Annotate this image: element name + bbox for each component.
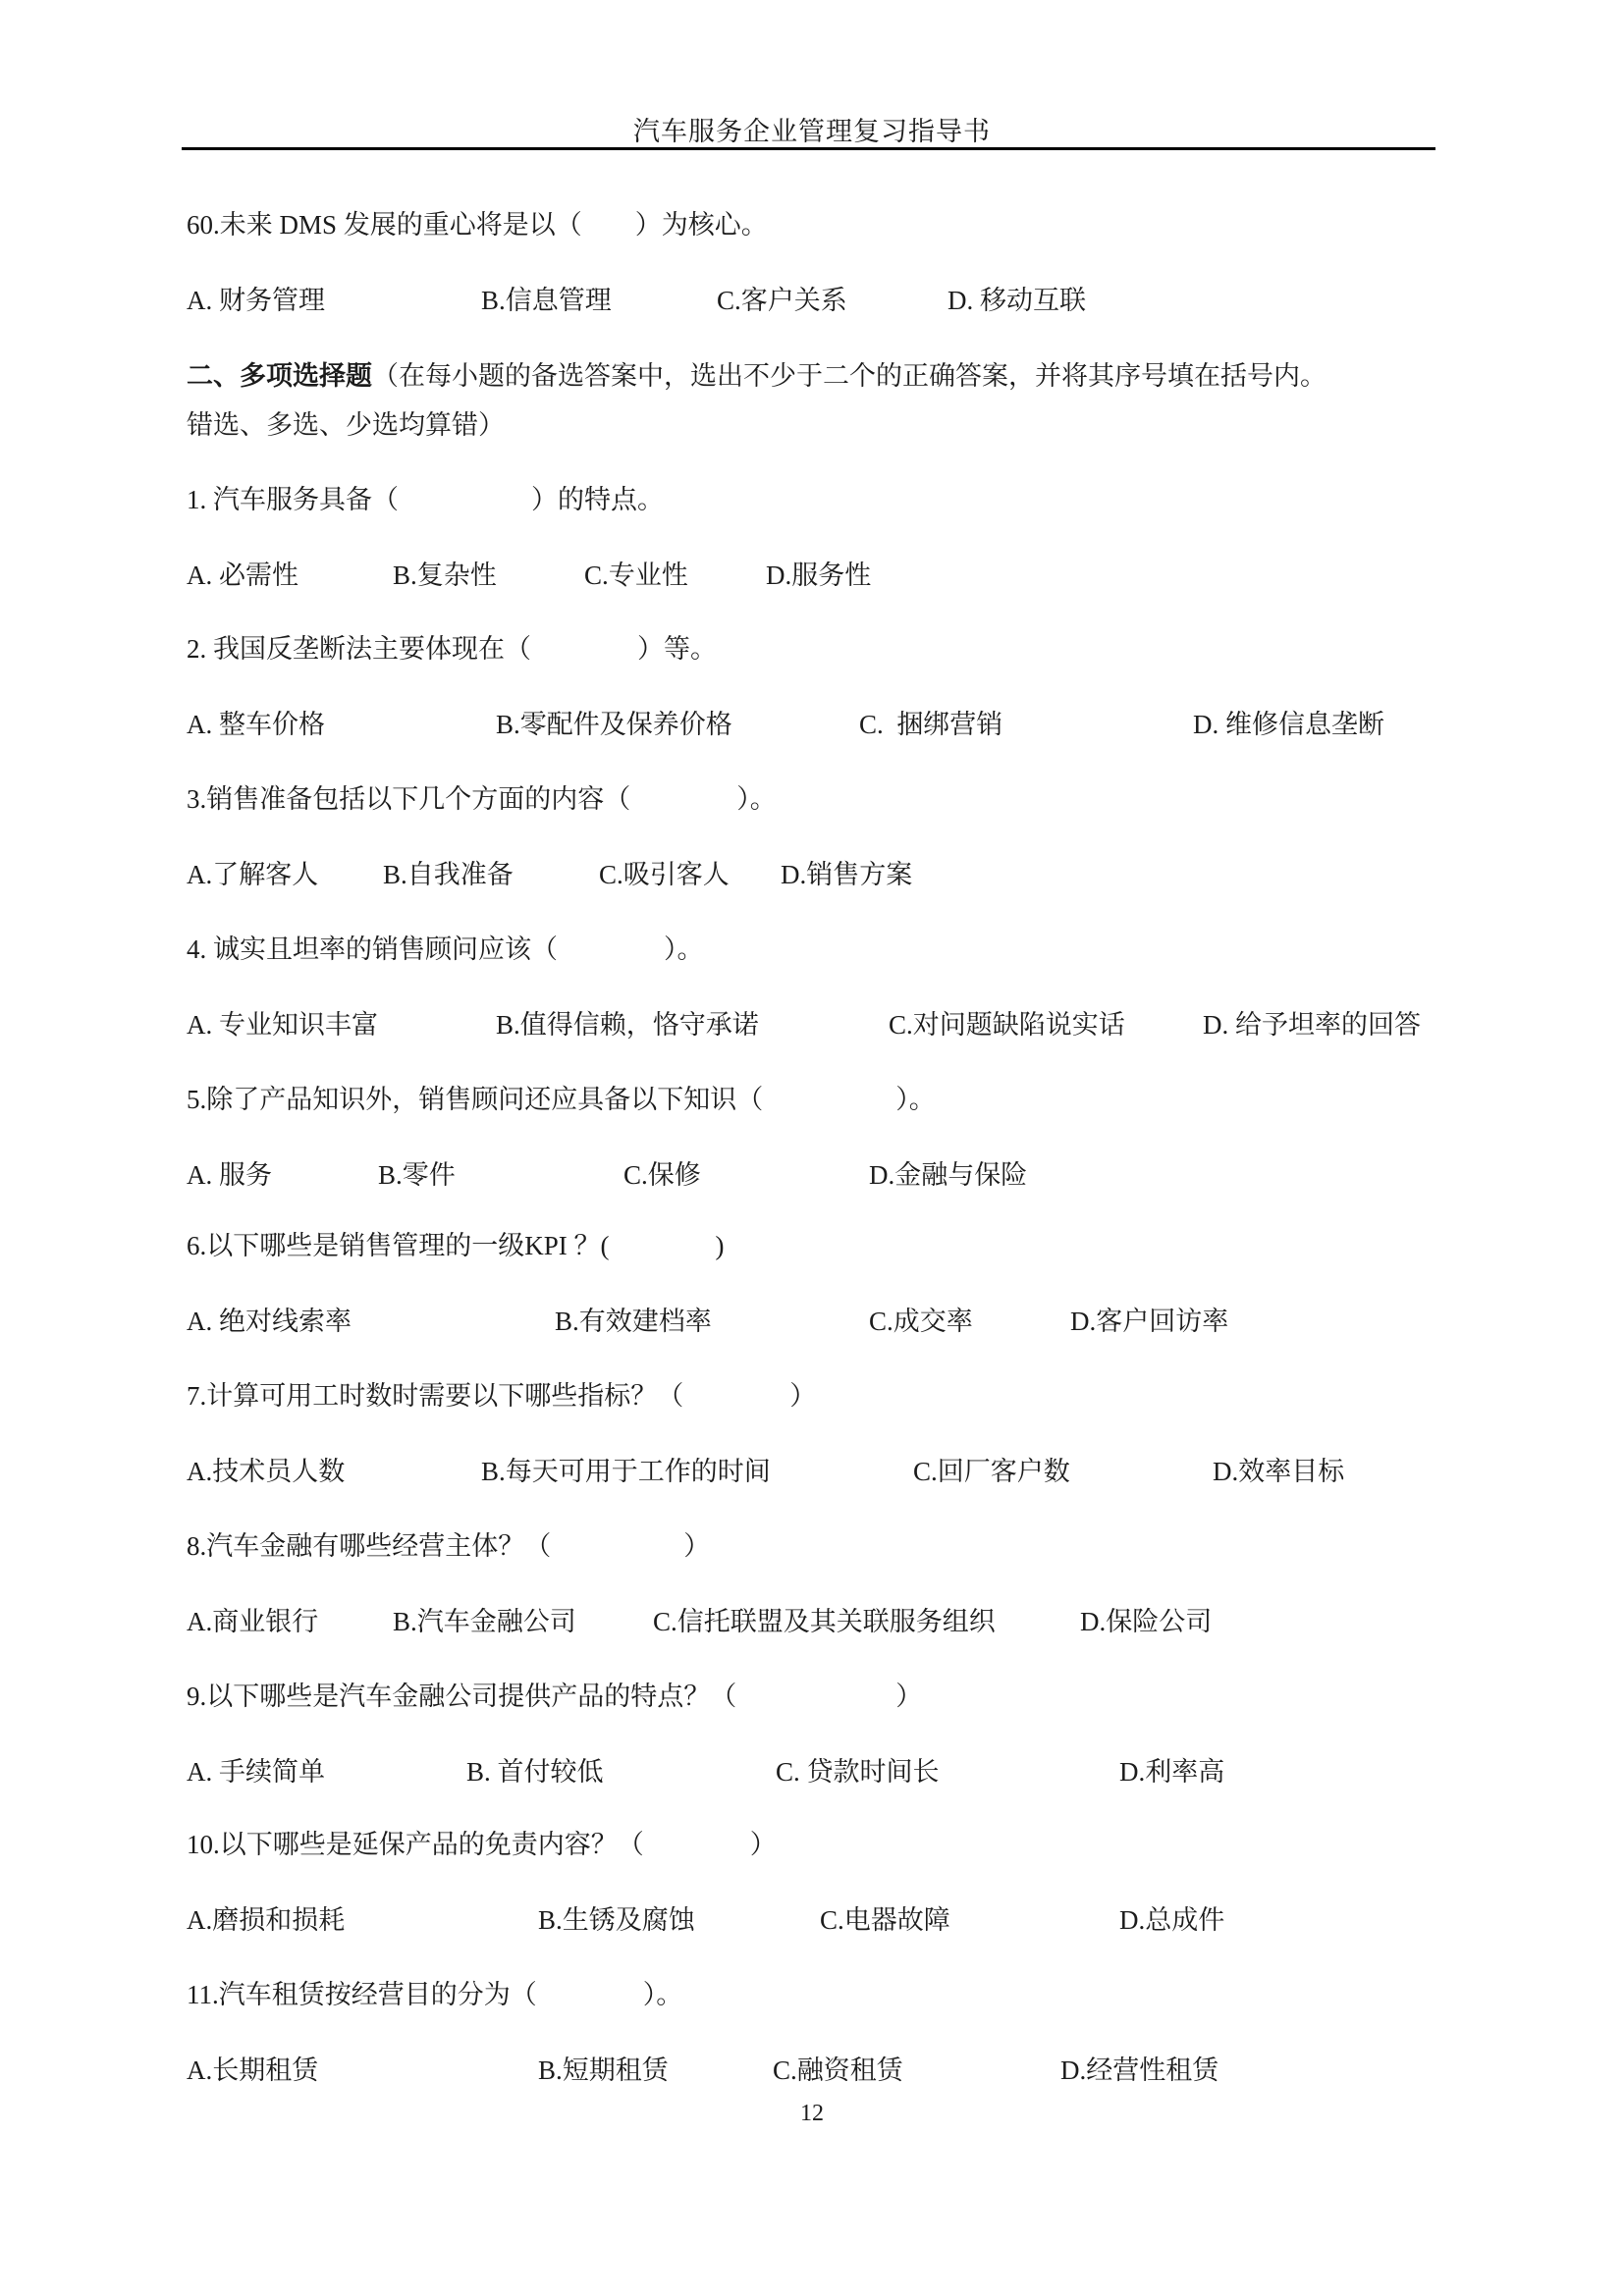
option-a: A.商业银行	[187, 1606, 318, 1639]
option-a: A.技术员人数	[187, 1456, 345, 1489]
option-a: A. 财务管理	[187, 285, 325, 318]
section-heading-line1: 二、多项选择题（在每小题的备选答案中，选出不少于二个的正确答案，并将其序号填在括…	[187, 360, 1326, 394]
question-60-options: A. 财务管理 B.信息管理 C.客户关系 D. 移动互联	[187, 285, 1443, 320]
option-c: C.回厂客户数	[913, 1456, 1070, 1489]
question-2-options: A. 整车价格 B.零配件及保养价格 C. 捆绑营销 D. 维修信息垄断	[187, 709, 1443, 744]
option-a: A.了解客人	[187, 859, 318, 892]
question-6-options: A. 绝对线索率 B.有效建档率 C.成交率 D.客户回访率	[187, 1306, 1443, 1341]
option-c: C.信托联盟及其关联服务组织	[653, 1606, 996, 1639]
question-3-options: A.了解客人 B.自我准备 C.吸引客人 D.销售方案	[187, 859, 1443, 894]
option-c: C.保修	[623, 1159, 701, 1193]
header-rule	[182, 147, 1435, 150]
option-d: D. 维修信息垄断	[1193, 709, 1384, 742]
question-10-options: A.磨损和损耗 B.生锈及腐蚀 C.电器故障 D.总成件	[187, 1904, 1443, 1940]
option-b: B.汽车金融公司	[393, 1606, 576, 1639]
option-a: A.磨损和损耗	[187, 1904, 345, 1938]
section-heading-line2: 错选、多选、少选均算错）	[187, 409, 505, 443]
question-3-text: 3.销售准备包括以下几个方面的内容（ ）。	[187, 783, 777, 817]
option-b: B. 首付较低	[466, 1756, 604, 1789]
question-10-text: 10.以下哪些是延保产品的免责内容？（ ）	[187, 1829, 777, 1862]
option-b: B.有效建档率	[555, 1306, 712, 1339]
option-d: D. 给予坦率的回答	[1203, 1009, 1421, 1042]
question-60-text: 60.未来 DMS 发展的重心将是以（ ）为核心。	[187, 209, 768, 242]
option-b: B.生锈及腐蚀	[538, 1904, 695, 1938]
document-page: 汽车服务企业管理复习指导书 60.未来 DMS 发展的重心将是以（ ）为核心。 …	[0, 0, 1624, 2296]
option-b: B.复杂性	[393, 560, 497, 593]
question-8-options: A.商业银行 B.汽车金融公司 C.信托联盟及其关联服务组织 D.保险公司	[187, 1606, 1443, 1641]
option-d: D.保险公司	[1080, 1606, 1212, 1639]
question-8-text: 8.汽车金融有哪些经营主体？（ ）	[187, 1530, 710, 1564]
option-d: D. 移动互联	[947, 285, 1086, 318]
question-1-text: 1. 汽车服务具备（ ）的特点。	[187, 484, 664, 517]
option-c: C.电器故障	[820, 1904, 950, 1938]
question-9-text: 9.以下哪些是汽车金融公司提供产品的特点？（ ）	[187, 1681, 922, 1714]
option-a: A. 手续简单	[187, 1756, 325, 1789]
option-c: C. 捆绑营销	[859, 709, 1002, 742]
option-c: C.客户关系	[717, 285, 847, 318]
option-a: A. 专业知识丰富	[187, 1009, 378, 1042]
option-d: D.总成件	[1119, 1904, 1224, 1938]
option-a: A.长期租赁	[187, 2055, 318, 2088]
option-b: B.信息管理	[481, 285, 612, 318]
option-b: B.短期租赁	[538, 2055, 669, 2088]
option-b: B.零件	[378, 1159, 456, 1193]
option-b: B.自我准备	[383, 859, 514, 892]
question-5-text: 5.除了产品知识外，销售顾问还应具备以下知识（ ）。	[187, 1084, 936, 1117]
option-d: D.客户回访率	[1070, 1306, 1228, 1339]
option-c: C.融资租赁	[773, 2055, 903, 2088]
option-c: C.专业性	[584, 560, 688, 593]
question-5-options: A. 服务 B.零件 C.保修 D.金融与保险	[187, 1159, 1443, 1195]
question-2-text: 2. 我国反垄断法主要体现在（ ）等。	[187, 633, 717, 667]
section-description: （在每小题的备选答案中，选出不少于二个的正确答案，并将其序号填在括号内。	[372, 361, 1326, 391]
option-c: C.吸引客人	[599, 859, 730, 892]
question-4-text: 4. 诚实且坦率的销售顾问应该（ ）。	[187, 934, 704, 967]
option-b: B.值得信赖，恪守承诺	[496, 1009, 759, 1042]
option-a: A. 必需性	[187, 560, 298, 593]
option-b: B.每天可用于工作的时间	[481, 1456, 771, 1489]
question-11-text: 11.汽车租赁按经营目的分为（ ）。	[187, 1979, 682, 2012]
option-d: D.经营性租赁	[1060, 2055, 1218, 2088]
option-d: D.服务性	[766, 560, 871, 593]
option-d: D.金融与保险	[869, 1159, 1027, 1193]
option-a: A. 整车价格	[187, 709, 325, 742]
option-a: A. 绝对线索率	[187, 1306, 352, 1339]
question-11-options: A.长期租赁 B.短期租赁 C.融资租赁 D.经营性租赁	[187, 2055, 1443, 2090]
page-number: 12	[0, 2101, 1624, 2127]
question-1-options: A. 必需性 B.复杂性 C.专业性 D.服务性	[187, 560, 1443, 595]
option-d: D.销售方案	[781, 859, 912, 892]
option-c: C. 贷款时间长	[776, 1756, 940, 1789]
option-a: A. 服务	[187, 1159, 272, 1193]
option-c: C.成交率	[869, 1306, 973, 1339]
option-d: D.效率目标	[1213, 1456, 1344, 1489]
option-c: C.对问题缺陷说实话	[889, 1009, 1125, 1042]
option-d: D.利率高	[1119, 1756, 1224, 1789]
section-title: 二、多项选择题	[187, 361, 372, 391]
question-6-text: 6.以下哪些是销售管理的一级KPI ？( )	[187, 1230, 725, 1263]
question-7-text: 7.计算可用工时数时需要以下哪些指标？（ ）	[187, 1380, 816, 1414]
header-title: 汽车服务企业管理复习指导书	[0, 116, 1624, 147]
question-7-options: A.技术员人数 B.每天可用于工作的时间 C.回厂客户数 D.效率目标	[187, 1456, 1443, 1491]
option-b: B.零配件及保养价格	[496, 709, 732, 742]
question-9-options: A. 手续简单 B. 首付较低 C. 贷款时间长 D.利率高	[187, 1756, 1443, 1791]
question-4-options: A. 专业知识丰富 B.值得信赖，恪守承诺 C.对问题缺陷说实话 D. 给予坦率…	[187, 1009, 1443, 1044]
